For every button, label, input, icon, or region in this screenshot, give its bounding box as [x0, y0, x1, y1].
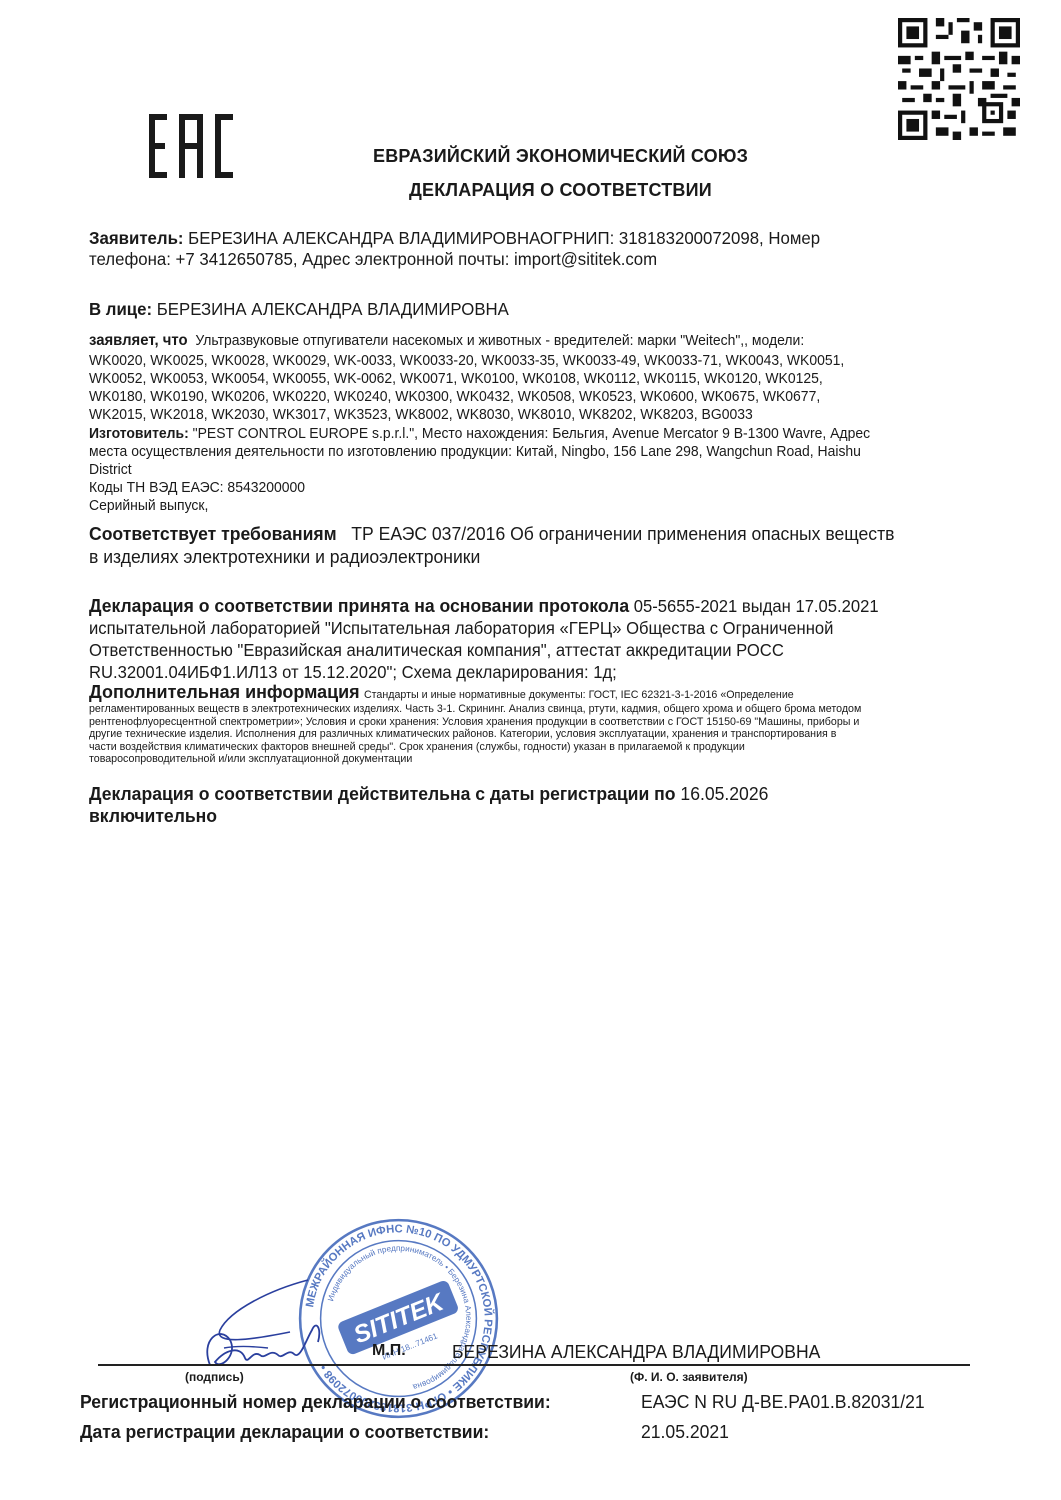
- declares-intro: заявляет, что Ультразвуковые отпугивател…: [89, 332, 804, 350]
- name-caption: (Ф. И. О. заявителя): [630, 1370, 748, 1384]
- protocol-line-1: 05-5655-2021 выдан 17.05.2021: [634, 596, 879, 616]
- validity-block: Декларация о соответствии действительна …: [89, 783, 768, 827]
- registration-date-value: 21.05.2021: [641, 1421, 729, 1443]
- applicant-label: Заявитель:: [89, 228, 184, 248]
- model-line: WK0020, WK0025, WK0028, WK0029, WK-0033,…: [89, 352, 844, 370]
- manufacturer-label: Изготовитель:: [89, 425, 189, 442]
- applicant-line-2: телефона: +7 3412650785, Адрес электронн…: [89, 248, 657, 270]
- declares-label: заявляет, что: [89, 332, 188, 349]
- representative-value: БЕРЕЗИНА АЛЕКСАНДРА ВЛАДИМИРОВНА: [157, 299, 509, 319]
- protocol-line-2: испытательной лабораторией "Испытательна…: [89, 617, 879, 639]
- representative-label: В лице:: [89, 299, 152, 319]
- signature-caption: (подпись): [185, 1370, 244, 1384]
- compliance-line-1: ТР ЕАЭС 037/2016 Об ограничении применен…: [351, 523, 894, 544]
- compliance-block: Соответствует требованиям ТР ЕАЭС 037/20…: [89, 522, 894, 568]
- registration-number-label: Регистрационный номер декларации о соотв…: [80, 1391, 551, 1413]
- signature-line: [98, 1364, 970, 1366]
- protocol-line-3: Ответственностью "Евразийская аналитичес…: [89, 639, 879, 661]
- additional-line-2: регламентированных веществ в электротехн…: [89, 703, 861, 716]
- union-title: ЕВРАЗИЙСКИЙ ЭКОНОМИЧЕСКИЙ СОЮЗ: [373, 146, 748, 167]
- manufacturer-block: Изготовитель: "PEST CONTROL EUROPE s.p.r…: [89, 425, 870, 515]
- protocol-label: Декларация о соответствии принята на осн…: [89, 595, 629, 616]
- document-title: ДЕКЛАРАЦИЯ О СООТВЕТСТВИИ: [409, 180, 712, 201]
- model-line: WK0052, WK0053, WK0054, WK0055, WK-0062,…: [89, 370, 844, 388]
- registration-number-value: ЕАЭС N RU Д-BE.PA01.B.82031/21: [641, 1391, 925, 1413]
- additional-line-3: рентгенофлуоресцентной спектрометрии»; У…: [89, 716, 861, 729]
- eac-logo-icon: [145, 112, 245, 182]
- protocol-line-4: RU.32001.04ИБФ1.ИЛ13 от 15.12.2020"; Схе…: [89, 661, 879, 683]
- applicant-name-printed: БЕРЕЗИНА АЛЕКСАНДРА ВЛАДИМИРОВНА: [452, 1341, 820, 1363]
- protocol-block: Декларация о соответствии принята на осн…: [89, 595, 879, 683]
- manufacturer-line-1: "PEST CONTROL EUROPE s.p.r.l.", Место на…: [193, 425, 870, 442]
- additional-info-block: Дополнительная информация Стандарты и ин…: [89, 681, 885, 766]
- compliance-label: Соответствует требованиям: [89, 523, 337, 544]
- compliance-line-2: в изделиях электротехники и радиоэлектро…: [89, 545, 894, 568]
- validity-date: 16.05.2026: [680, 783, 768, 804]
- validity-suffix: включительно: [89, 805, 768, 827]
- model-line: WK2015, WK2018, WK2030, WK3017, WK3523, …: [89, 406, 844, 424]
- production-type: Серийный выпуск,: [89, 497, 870, 515]
- model-list: WK0020, WK0025, WK0028, WK0029, WK-0033,…: [89, 352, 844, 424]
- seal-label: М.П.: [372, 1342, 406, 1360]
- model-line: WK0180, WK0190, WK0206, WK0220, WK0240, …: [89, 388, 844, 406]
- additional-line-5: части воздействия климатических факторов…: [89, 741, 861, 754]
- additional-line-6: товаросопроводительной и/или эксплуатаци…: [89, 753, 861, 766]
- additional-line-1: Стандарты и иные нормативные документы: …: [364, 689, 794, 701]
- qr-code-icon: [898, 18, 1020, 140]
- registration-date-label: Дата регистрации декларации о соответств…: [80, 1421, 489, 1443]
- applicant-value: БЕРЕЗИНА АЛЕКСАНДРА ВЛАДИМИРОВНАОГРНИП: …: [188, 228, 820, 248]
- declares-product: Ультразвуковые отпугиватели насекомых и …: [195, 332, 804, 349]
- applicant-line-1: Заявитель: БЕРЕЗИНА АЛЕКСАНДРА ВЛАДИМИРО…: [89, 227, 820, 249]
- representative: В лице: БЕРЕЗИНА АЛЕКСАНДРА ВЛАДИМИРОВНА: [89, 298, 509, 320]
- hs-codes: Коды ТН ВЭД ЕАЭС: 8543200000: [89, 479, 870, 497]
- manufacturer-line-3: District: [89, 461, 870, 479]
- validity-label: Декларация о соответствии действительна …: [89, 783, 676, 804]
- manufacturer-line-2: места осуществления деятельности по изго…: [89, 443, 870, 461]
- additional-info-label: Дополнительная информация: [89, 681, 360, 702]
- additional-line-4: другие технические изделия. Исполнения д…: [89, 728, 861, 741]
